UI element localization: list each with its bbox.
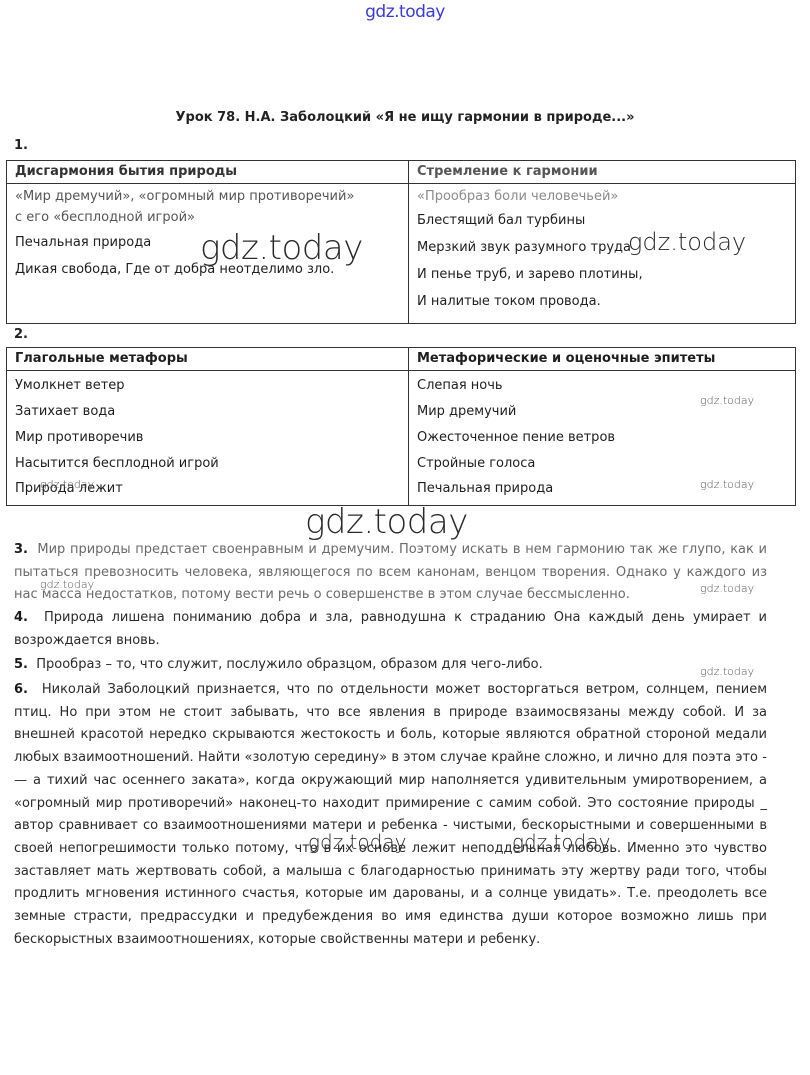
list-item: И пенье труб, и зарево плотины, — [417, 261, 787, 289]
list-item: И налитые током провода. — [417, 289, 787, 315]
watermark: gdz.today — [200, 228, 363, 268]
watermark-top: gdz.today — [0, 2, 810, 22]
list-item: «Мир дремучий», «огромный мир противореч… — [15, 187, 400, 207]
watermark: gdz.today — [40, 578, 94, 591]
answer-3-number: 3. — [14, 542, 28, 557]
table-header-epithets: Метафорические и оценочные эпитеты — [409, 348, 796, 371]
list-item: Умолкнет ветер — [15, 373, 400, 399]
list-item: Затихает вода — [15, 399, 400, 425]
answer-4-text: Природа лишена пониманию добра и зла, ра… — [14, 610, 767, 648]
watermark: gdz.today — [700, 394, 754, 407]
list-item: Стройные голоса — [417, 451, 787, 477]
list-item: Насытится бесплодной игрой — [15, 451, 400, 477]
list-item: Мир противоречив — [15, 425, 400, 451]
watermark: gdz.today — [305, 502, 468, 542]
watermark: gdz.today — [700, 582, 754, 595]
list-item: «Прообраз боли человечьей» — [417, 187, 787, 207]
section-1-number: 1. — [14, 138, 28, 153]
page-title: Урок 78. Н.А. Заболоцкий «Я не ищу гармо… — [0, 110, 810, 125]
list-item: Ожесточенное пение ветров — [417, 425, 787, 451]
answer-3-text: Мир природы предстает своенравным и дрем… — [14, 542, 767, 602]
watermark: gdz.today — [40, 478, 94, 491]
answer-4-number: 4. — [14, 610, 28, 625]
answer-3: 3. Мир природы предстает своенравным и д… — [14, 539, 767, 607]
answer-5: 5. Прообраз – то, что служит, послужило … — [14, 654, 767, 677]
list-item: с его «бесплодной игрой» — [15, 207, 400, 229]
section-2-number: 2. — [14, 327, 28, 342]
answer-6-text: Николай Заболоцкий признается, что по от… — [14, 682, 767, 947]
table-header-disharmony: Дисгармония бытия природы — [7, 161, 409, 184]
answer-5-text: Прообраз – то, что служит, послужило обр… — [36, 657, 543, 672]
table-header-verbal-metaphors: Глагольные метафоры — [7, 348, 409, 371]
watermark: gdz.today — [700, 665, 754, 678]
answer-4: 4. Природа лишена пониманию добра и зла,… — [14, 607, 767, 652]
table-metaphors: Глагольные метафоры Метафорические и оце… — [6, 347, 796, 506]
table-header-harmony: Стремление к гармонии — [409, 161, 796, 184]
answer-6-number: 6. — [14, 682, 28, 697]
watermark: gdz.today — [308, 830, 406, 854]
answer-5-number: 5. — [14, 657, 28, 672]
watermark: gdz.today — [628, 228, 746, 256]
answer-6: 6. Николай Заболоцкий признается, что по… — [14, 679, 767, 951]
watermark: gdz.today — [700, 478, 754, 491]
watermark: gdz.today — [512, 830, 610, 854]
